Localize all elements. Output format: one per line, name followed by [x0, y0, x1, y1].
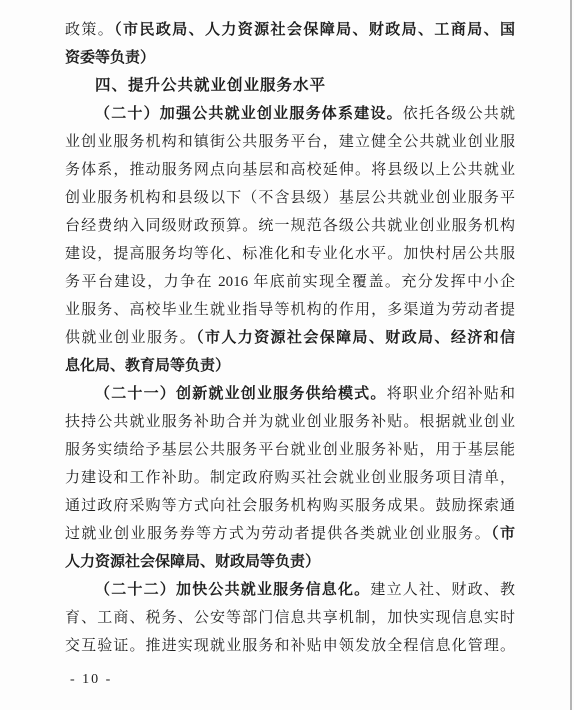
bold-text-segment: 息化局、教育局等负责）: [65, 358, 230, 374]
text-segment: 供就业创业服务。: [65, 330, 196, 346]
text-line: 服务实绩给予基层公共服务平台就业创业服务补贴，用于基层能: [65, 436, 515, 464]
document-lines: 政策。（市民政局、人力资源社会保障局、财政局、工商局、国资委等负责）四、提升公共…: [65, 16, 515, 660]
text-segment: 扶持公共就业服务补助合并为就业创业服务补贴。根据就业创业: [65, 414, 515, 430]
text-line: 建设，提高服务均等化、标准化和专业化水平。加快村居公共服: [65, 240, 515, 268]
text-line: 台经费纳入同级财政预算。统一规范各级公共就业创业服务机构: [65, 212, 515, 240]
text-line: 创业服务机构和县级以下（不含县级）基层公共就业创业服务平: [65, 184, 515, 212]
text-line: 业服务、高校毕业生就业指导等机构的作用，多渠道为劳动者提: [65, 296, 515, 324]
bold-text-segment: 资委等负责）: [65, 50, 155, 66]
bold-text-segment: （市民政局、人力资源社会保障局、财政局、工商局、国: [114, 22, 515, 38]
text-line: 务体系，推动服务网点向基层和高校延伸。将县级以上公共就业: [65, 156, 515, 184]
bold-text-segment: 人力资源社会保障局、财政局等负责）: [65, 554, 320, 570]
text-line: 业创业服务机构和镇街公共服务平台，建立健全公共就业创业服: [65, 128, 515, 156]
bold-text-segment: （市: [491, 526, 515, 542]
text-line: 人力资源社会保障局、财政局等负责）: [65, 548, 515, 576]
text-segment: 政策。: [65, 22, 114, 38]
text-line: 供就业创业服务。（市人力资源社会保障局、财政局、经济和信: [65, 324, 515, 352]
text-segment: 将职业介绍补贴和: [387, 386, 515, 402]
text-line: 息化局、教育局等负责）: [65, 352, 515, 380]
paragraph-22-start: （二十二）加快公共就业服务信息化。建立人社、财政、教: [65, 576, 515, 604]
bold-text-segment: （二十一）创新就业创业服务供给模式。: [95, 386, 387, 402]
page-number: - 10 -: [70, 667, 112, 693]
text-segment: 务平台建设，力争在 2016 年底前实现全覆盖。充分发挥中小企: [65, 274, 515, 290]
section-heading-text: 四、提升公共就业创业服务水平: [95, 77, 326, 94]
bold-text-segment: （二十二）加快公共就业服务信息化。: [95, 582, 370, 598]
text-line: 育、工商、税务、公安等部门信息共享机制，加快实现信息实时: [65, 604, 515, 632]
text-line: 过就业创业服务券等方式为劳动者提供各类就业创业服务。（市: [65, 520, 515, 548]
paragraph-21-start: （二十一）创新就业创业服务供给模式。将职业介绍补贴和: [65, 380, 515, 408]
text-segment: 交互验证。推进实现就业服务和补贴申领发放全程信息化管理。: [65, 638, 515, 654]
text-segment: 创业服务机构和县级以下（不含县级）基层公共就业创业服务平: [65, 190, 515, 206]
text-line: 政策。（市民政局、人力资源社会保障局、财政局、工商局、国: [65, 16, 515, 44]
text-line: 通过政府采购等方式向社会服务机构购买服务成果。鼓励探索通: [65, 492, 515, 520]
text-segment: 务体系，推动服务网点向基层和高校延伸。将县级以上公共就业: [65, 162, 515, 178]
bold-text-segment: （二十）加强公共就业创业服务体系建设。: [95, 106, 403, 122]
text-segment: 建立人社、财政、教: [370, 582, 515, 598]
text-segment: 建设，提高服务均等化、标准化和专业化水平。加快村居公共服: [65, 246, 515, 262]
text-line: 资委等负责）: [65, 44, 515, 72]
text-segment: 依托各级公共就: [403, 106, 515, 122]
section-heading: 四、提升公共就业创业服务水平: [65, 72, 515, 100]
text-segment: 力建设和工作补助。制定政府购买社会就业创业服务项目清单，: [65, 470, 515, 486]
document-page: 政策。（市民政局、人力资源社会保障局、财政局、工商局、国资委等负责）四、提升公共…: [0, 0, 574, 710]
text-line: 扶持公共就业服务补助合并为就业创业服务补贴。根据就业创业: [65, 408, 515, 436]
text-segment: 业服务、高校毕业生就业指导等机构的作用，多渠道为劳动者提: [65, 302, 515, 318]
text-line: 交互验证。推进实现就业服务和补贴申领发放全程信息化管理。: [65, 632, 515, 660]
text-segment: 过就业创业服务券等方式为劳动者提供各类就业创业服务。: [65, 526, 491, 542]
paragraph-20-start: （二十）加强公共就业创业服务体系建设。依托各级公共就: [65, 100, 515, 128]
text-line: 力建设和工作补助。制定政府购买社会就业创业服务项目清单，: [65, 464, 515, 492]
text-segment: 业创业服务机构和镇街公共服务平台，建立健全公共就业创业服: [65, 134, 515, 150]
bold-text-segment: （市人力资源社会保障局、财政局、经济和信: [196, 330, 515, 346]
text-line: 务平台建设，力争在 2016 年底前实现全覆盖。充分发挥中小企: [65, 268, 515, 296]
text-segment: 育、工商、税务、公安等部门信息共享机制，加快实现信息实时: [65, 610, 515, 626]
text-segment: 台经费纳入同级财政预算。统一规范各级公共就业创业服务机构: [65, 218, 515, 234]
text-segment: 服务实绩给予基层公共服务平台就业创业服务补贴，用于基层能: [65, 442, 515, 458]
scan-edge-artifact: [570, 0, 572, 710]
text-segment: 通过政府采购等方式向社会服务机构购买服务成果。鼓励探索通: [65, 498, 515, 514]
